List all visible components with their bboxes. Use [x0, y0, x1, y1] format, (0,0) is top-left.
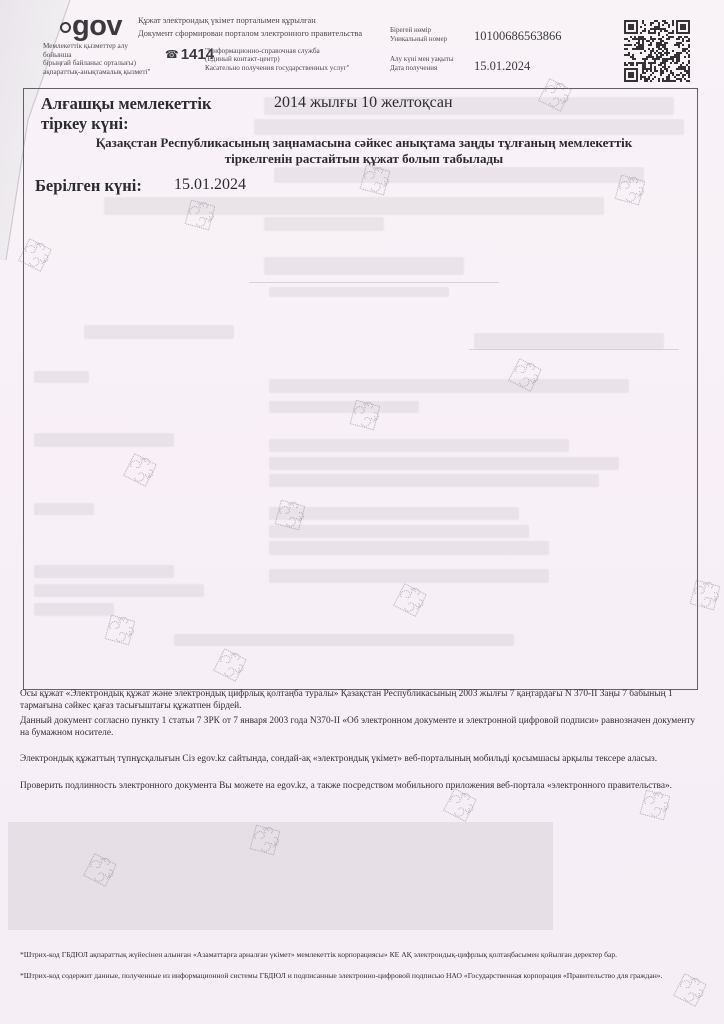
unique-number: 10100686563866 — [474, 29, 562, 44]
received-date-label: Алу күні мен уақыты Дата получения — [390, 55, 454, 73]
info-service-description: "Информационно-справочная служба (Единый… — [205, 47, 350, 72]
certificate-statement: Қазақстан Республикасының заңнамасына сә… — [64, 135, 664, 167]
logo-e-icon — [60, 22, 71, 33]
portal-note-ru: Документ сформирован порталом электронно… — [138, 29, 362, 38]
logo-subtitle-line: ақпараттық-анықтамалық қызметі" — [43, 68, 158, 77]
document-header: gov Мемлекеттік қызметтер алу бойынша бі… — [0, 0, 724, 88]
logo-text: gov — [72, 10, 122, 42]
received-date: 15.01.2024 — [474, 59, 530, 74]
phone-icon: ☎ — [165, 49, 179, 61]
contact-center-description: Мемлекеттік қызметтер алу бойынша бірыңғ… — [43, 42, 158, 76]
egov-logo: gov — [60, 10, 122, 43]
footnote-kz: *Штрих-код ГБДЮЛ ақпараттық жүйесінен ал… — [20, 950, 720, 960]
registration-date-label: Алғашқы мемлекеттік тіркеу күні: — [41, 94, 256, 134]
label-kz: Бірегей нөмір — [390, 26, 447, 35]
legal-verify-kz: Электрондық құжаттың түпнұсқалығын Сіз e… — [20, 754, 700, 766]
issued-date-value: 15.01.2024 — [174, 176, 246, 194]
label-ru: Дата получения — [390, 64, 454, 73]
info-line: "Информационно-справочная служба — [205, 47, 350, 55]
registration-date-value: 2014 жылғы 10 желтоқсан — [274, 94, 453, 112]
qr-code-icon — [624, 20, 690, 82]
logo-subtitle-line: бірыңғай байланыс орталығы) — [43, 59, 158, 68]
info-line: Касательно получения государственных усл… — [205, 64, 350, 72]
label-kz: Алу күні мен уақыты — [390, 55, 454, 64]
footnote-ru: *Штрих-код содержит данные, полученные и… — [20, 971, 720, 981]
legal-verify-ru: Проверить подлинность электронного докум… — [20, 781, 700, 793]
unique-number-label: Бірегей нөмір Уникальный номер — [390, 26, 447, 44]
portal-note-kz: Құжат электрондық үкімет порталымен құры… — [138, 16, 316, 25]
issued-date-label: Берілген күні: — [35, 176, 142, 196]
label-ru: Уникальный номер — [390, 35, 447, 44]
info-line: (Единый контакт-центр) — [205, 55, 350, 63]
legal-validity-kz: Осы құжат «Электрондық құжат және электр… — [20, 689, 700, 712]
logo-subtitle-line: Мемлекеттік қызметтер алу бойынша — [43, 42, 158, 59]
legal-validity-ru: Данный документ согласно пункту 1 статьи… — [20, 716, 700, 739]
